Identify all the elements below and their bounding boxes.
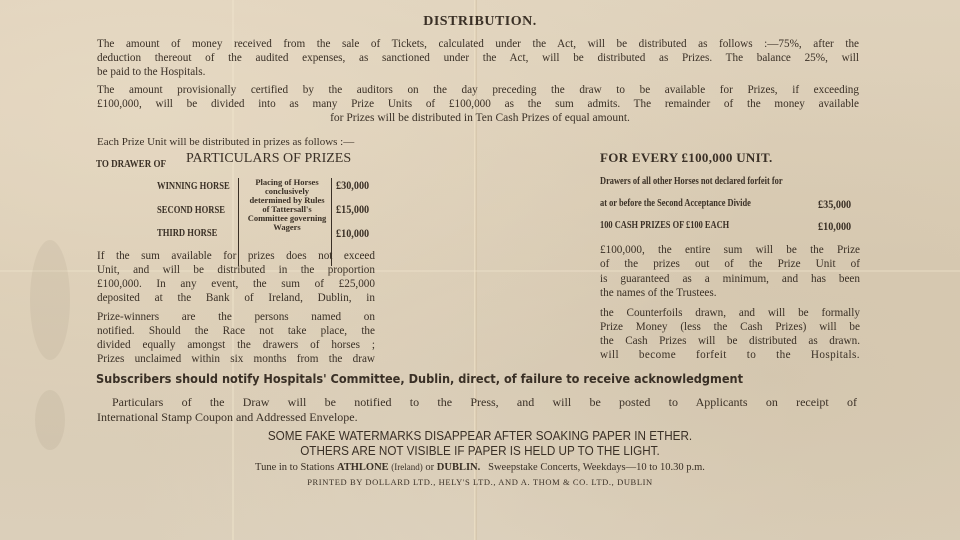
particulars-line-1: Particulars of the Draw will be notified… xyxy=(112,395,857,409)
right-column-line: the Cash Prizes will be distributed as d… xyxy=(600,334,860,348)
right-column-line: £100,000, the entire sum will be the Pri… xyxy=(600,243,860,257)
unit-box-line-2: at or before the Second Acceptance Divid… xyxy=(600,198,751,209)
prize-row-amount: £30,000 xyxy=(336,178,369,193)
right-column-line: Prize Money (less the Cash Prizes) will … xyxy=(600,320,860,334)
certified-line-2: £100,000, will be divided into as many P… xyxy=(97,97,859,111)
prize-row-horse: SECOND HORSE xyxy=(157,204,225,216)
right-column-line: the names of the Trustees. xyxy=(600,287,717,299)
left-column-line: Unit, and will be distributed in the pro… xyxy=(97,263,375,277)
watermark-warning-line-2: OTHERS ARE NOT VISIBLE IF PAPER IS HELD … xyxy=(48,443,912,458)
intro-line-3: be paid to the Hospitals. xyxy=(97,66,205,78)
prize-row-amount: £15,000 xyxy=(336,202,369,217)
left-column-line: divided equally amongst the drawers of h… xyxy=(97,338,375,352)
subscribers-notice: Subscribers should notify Hospitals' Com… xyxy=(96,372,743,386)
certified-line-1: The amount provisionally certified by th… xyxy=(97,83,859,97)
unit-box-line-3-amount: £10,000 xyxy=(818,219,851,234)
each-unit-intro: Each Prize Unit will be distributed in p… xyxy=(97,136,354,148)
intro-line-2: deduction thereout of the audited expens… xyxy=(97,51,859,65)
radio-line: Tune in to Stations ATHLONE (Ireland) or… xyxy=(0,462,960,473)
particulars-label: PARTICULARS OF PRIZES xyxy=(186,151,351,167)
left-column-line: deposited at the Bank of Ireland, Dublin… xyxy=(97,291,375,305)
radio-suffix: Sweepstake Concerts, Weekdays—10 to 10.3… xyxy=(488,462,705,473)
left-column-line: notified. Should the Race not take place… xyxy=(97,324,375,338)
particulars-line-2: International Stamp Coupon and Addressed… xyxy=(97,410,358,425)
left-column-line: Prize-winners are the persons named on xyxy=(97,310,375,324)
prize-row-horse: THIRD HORSE xyxy=(157,227,217,239)
left-column-line: If the sum available for prizes does not… xyxy=(97,249,375,263)
unit-box-line-3: 100 CASH PRIZES OF £100 EACH xyxy=(600,220,729,231)
certified-line-3: for Prizes will be distributed in Ten Ca… xyxy=(0,112,960,124)
paper-stain xyxy=(30,240,70,360)
document-title: DISTRIBUTION. xyxy=(0,14,960,30)
prize-row-amount: £10,000 xyxy=(336,226,369,241)
left-column-line: £100,000. In any event, the sum of £25,0… xyxy=(97,277,375,291)
left-column-line: Prizes unclaimed within six months from … xyxy=(97,352,375,366)
radio-station-athlone: ATHLONE xyxy=(337,462,389,473)
printer-credit: PRINTED BY DOLLARD LTD., HELY'S LTD., AN… xyxy=(0,477,960,487)
radio-station-dublin: DUBLIN. xyxy=(437,462,480,473)
intro-line-1: The amount of money received from the sa… xyxy=(97,37,859,51)
unit-box-title: FOR EVERY £100,000 UNIT. xyxy=(600,150,773,166)
right-column-line: is guaranteed as a minimum, and has been xyxy=(600,272,860,286)
unit-box-line-2-amount: £35,000 xyxy=(818,197,851,212)
placing-note: Placing of Horses conclusively determine… xyxy=(246,178,328,232)
right-column-line: will become forfeit to the Hospitals. xyxy=(600,348,860,362)
right-column-line: the Counterfoils drawn, and will be form… xyxy=(600,306,860,320)
radio-or: or xyxy=(425,462,434,473)
unit-box-line-1: Drawers of all other Horses not declared… xyxy=(600,176,783,187)
prize-row-horse: WINNING HORSE xyxy=(157,180,230,192)
radio-prefix: Tune in to Stations xyxy=(255,462,334,473)
to-drawer-label: TO DRAWER OF xyxy=(96,158,166,170)
right-column-line: of the prizes out of the Prize Unit of xyxy=(600,257,860,271)
watermark-warning-line-1: SOME FAKE WATERMARKS DISAPPEAR AFTER SOA… xyxy=(48,428,912,443)
radio-station-athlone-note: (Ireland) xyxy=(391,462,422,472)
